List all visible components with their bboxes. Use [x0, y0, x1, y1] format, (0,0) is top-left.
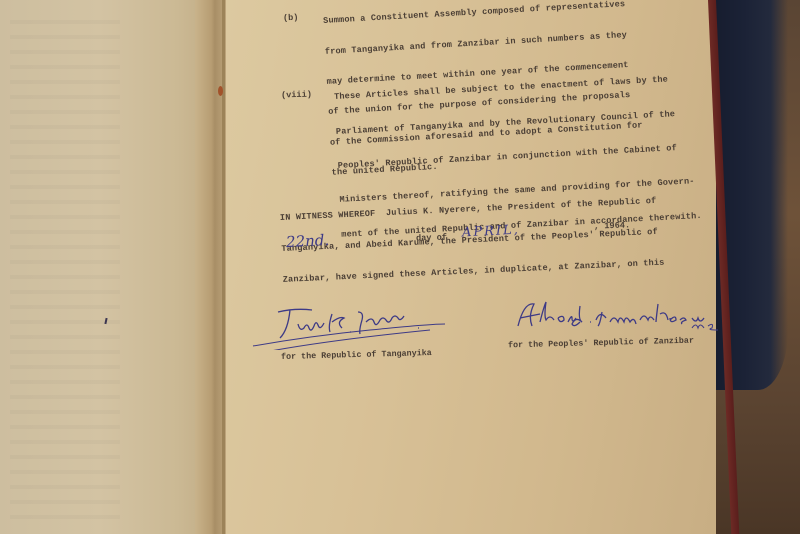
- article-viii-marker: (viii): [281, 89, 312, 100]
- paragraph-b-line: from Tanganyika and from Zanzibar in suc…: [325, 30, 638, 61]
- article-viii-line: These Articles shall be subject to the e…: [334, 74, 695, 110]
- witness-line: Zanzibar, have signed these Articles, in…: [283, 258, 665, 289]
- left-page-bleedthrough-text: [10, 20, 120, 520]
- paragraph-b-line: Summon a Constituent Assembly composed o…: [323, 0, 636, 30]
- handwritten-month: APRIL,: [462, 222, 521, 240]
- article-viii-line: Peoples' Republic of Zanzibar in conjunc…: [337, 143, 698, 179]
- gutter-stain: [218, 86, 223, 96]
- nyerere-signature: [250, 300, 450, 350]
- left-page: [0, 0, 222, 534]
- karume-signature: [510, 296, 720, 336]
- article-viii-line: Parliament of Tanganyika and by the Revo…: [336, 109, 697, 145]
- day-of-label: day of: [416, 232, 447, 243]
- handwritten-day: 22nd.: [286, 231, 330, 251]
- year-text: , 1964.: [594, 220, 630, 231]
- gutter-fold-line: [222, 0, 225, 534]
- photo-scene: (b) Summon a Constituent Assembly compos…: [0, 0, 800, 534]
- paragraph-b-marker: (b): [283, 13, 299, 24]
- witness-clause: IN WITNESS WHEREOF Julius K. Nyerere, th…: [279, 180, 666, 306]
